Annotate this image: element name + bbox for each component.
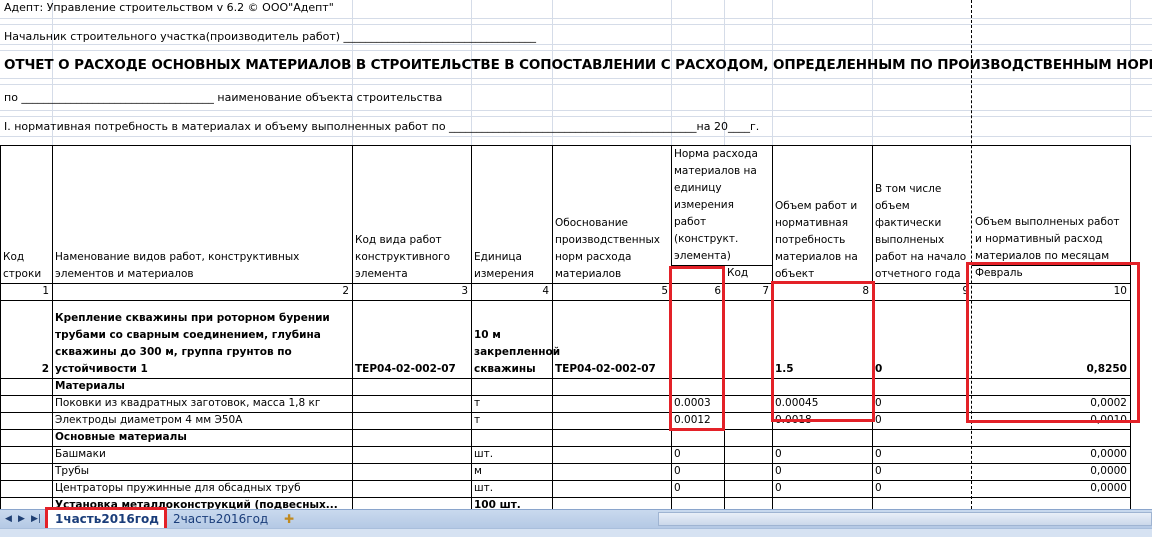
table-border: [0, 429, 1130, 430]
table-border: [0, 480, 1130, 481]
app-line: Адепт: Управление строительством v 6.2 ©…: [4, 1, 334, 15]
table-cell[interactable]: т: [474, 412, 549, 429]
first-sheet-icon[interactable]: ◀: [5, 514, 12, 524]
table-cell[interactable]: 0: [775, 463, 869, 480]
status-bar: [0, 528, 1152, 537]
table-cell[interactable]: 100 шт. сборных: [474, 497, 549, 509]
column-number[interactable]: 1: [3, 283, 49, 300]
table-border: [0, 497, 1130, 498]
gridline: [0, 18, 1152, 19]
table-cell[interactable]: 0: [775, 446, 869, 463]
column-number[interactable]: 7: [727, 283, 769, 300]
table-cell[interactable]: Поковки из квадратных заготовок, масса 1…: [55, 395, 349, 412]
column-header[interactable]: Наменование видов работ, конструктивных …: [55, 145, 349, 283]
table-cell[interactable]: Башмаки: [55, 446, 349, 463]
table-cell[interactable]: 0: [875, 446, 969, 463]
table-border: [972, 265, 1130, 266]
table-cell[interactable]: 0: [875, 480, 969, 497]
gridline: [0, 50, 1152, 51]
column-header[interactable]: В том числе объем фактически выполненых …: [875, 145, 969, 283]
column-number[interactable]: 8: [775, 283, 869, 300]
table-border: [772, 145, 773, 509]
table-cell[interactable]: Материалы: [55, 378, 349, 395]
table-cell[interactable]: 0: [875, 463, 969, 480]
table-cell[interactable]: шт.: [474, 446, 549, 463]
column-header[interactable]: Код вида работ конструктивного элемента: [355, 145, 468, 283]
table-border: [552, 145, 553, 509]
table-cell[interactable]: 0: [674, 463, 721, 480]
column-header[interactable]: Обоснование производственных норм расход…: [555, 145, 668, 283]
table-border: [671, 265, 772, 266]
table-border: [0, 412, 1130, 413]
table-cell[interactable]: Электроды диаметром 4 мм Э50А: [55, 412, 349, 429]
section-line: I. нормативная потребность в материалах …: [4, 120, 759, 134]
column-header[interactable]: Объем работ и нормативная потребность ма…: [775, 145, 869, 283]
table-cell[interactable]: т: [474, 395, 549, 412]
table-cell[interactable]: 0,8250: [975, 300, 1127, 378]
table-border: [352, 145, 353, 509]
table-cell[interactable]: 0: [775, 480, 869, 497]
report-title: ОТЧЕТ О РАСХОДЕ ОСНОВНЫХ МАТЕРИАЛОВ В СТ…: [4, 58, 1152, 72]
table-border: [471, 145, 472, 509]
table-cell[interactable]: 0,0010: [975, 412, 1127, 429]
column-number[interactable]: 6: [674, 283, 721, 300]
table-border: [0, 283, 1130, 284]
table-cell[interactable]: 1.5: [775, 300, 869, 378]
column-header[interactable]: Объем выполненых работ и нормативный рас…: [975, 145, 1127, 265]
sheet-tab-2[interactable]: 2часть2016год: [165, 510, 276, 528]
table-cell[interactable]: 0.0018: [775, 412, 869, 429]
column-number[interactable]: 4: [474, 283, 549, 300]
table-cell[interactable]: м: [474, 463, 549, 480]
table-cell[interactable]: 0.00045: [775, 395, 869, 412]
horizontal-scrollbar[interactable]: [658, 512, 1152, 526]
column-header[interactable]: Код строки: [3, 145, 49, 283]
chief-line: Начальник строительного участка(производ…: [4, 30, 536, 44]
table-border: [0, 395, 1130, 396]
sheet-tab-bar: ◀ ▶ ▶| 1часть2016год 2часть2016год ✚: [0, 509, 1152, 529]
table-border: [0, 446, 1130, 447]
gridline: [0, 84, 1152, 85]
table-border: [0, 145, 1130, 146]
table-cell[interactable]: 0,0002: [975, 395, 1127, 412]
column-header[interactable]: Норма расхода материалов на единицу изме…: [674, 145, 769, 265]
table-cell[interactable]: Крепление скважины при роторном бурении …: [55, 300, 349, 378]
table-cell[interactable]: 0,0000: [975, 463, 1127, 480]
table-border: [0, 378, 1130, 379]
table-border: [1130, 145, 1131, 509]
table-cell[interactable]: 0: [875, 300, 969, 378]
table-cell[interactable]: ТЕР04-02-002-07: [555, 300, 668, 378]
column-number[interactable]: 5: [555, 283, 668, 300]
table-cell[interactable]: Центраторы пружинные для обсадных труб: [55, 480, 349, 497]
last-sheet-icon[interactable]: ▶|: [31, 514, 41, 524]
table-cell[interactable]: 0,0000: [975, 446, 1127, 463]
column-number[interactable]: 9: [875, 283, 969, 300]
table-border: [0, 463, 1130, 464]
table-cell[interactable]: 0.0012: [674, 412, 721, 429]
next-sheet-icon[interactable]: ▶: [18, 514, 25, 524]
gridline: [0, 116, 1152, 117]
gridline: [0, 44, 1152, 45]
column-header[interactable]: Единица измерения: [474, 145, 549, 283]
column-number[interactable]: 3: [355, 283, 468, 300]
table-cell[interactable]: 10 м закрепленной скважины: [474, 300, 549, 378]
spreadsheet-grid[interactable]: Адепт: Управление строительством v 6.2 ©…: [0, 0, 1152, 509]
table-border: [671, 145, 672, 509]
object-line: по ___________________________________ н…: [4, 91, 442, 105]
table-cell[interactable]: Трубы: [55, 463, 349, 480]
sheet-tab-1[interactable]: 1часть2016год: [47, 510, 167, 528]
table-border: [872, 145, 873, 509]
column-subheader-month[interactable]: Февраль: [975, 265, 1127, 283]
gridline: [0, 136, 1152, 137]
table-cell[interactable]: 0,0000: [975, 480, 1127, 497]
gridline: [0, 78, 1152, 79]
column-subheader-kod[interactable]: Код: [727, 265, 769, 283]
column-number[interactable]: 10: [975, 283, 1127, 300]
table-cell[interactable]: 0: [674, 480, 721, 497]
table-cell[interactable]: 0: [875, 395, 969, 412]
table-border: [0, 145, 1, 509]
table-cell[interactable]: шт.: [474, 480, 549, 497]
table-border: [0, 300, 1130, 301]
table-border: [52, 145, 53, 509]
table-cell[interactable]: 0: [674, 446, 721, 463]
gridline: [0, 110, 1152, 111]
table-cell[interactable]: Основные материалы: [55, 429, 349, 446]
table-cell[interactable]: Установка металлоконструкций (подвесных.…: [55, 497, 349, 509]
table-cell[interactable]: ТЕР04-02-002-07: [355, 300, 468, 378]
table-cell[interactable]: 2: [3, 300, 49, 378]
page-break-line: [971, 0, 972, 509]
insert-sheet-icon[interactable]: ✚: [276, 510, 302, 528]
table-cell[interactable]: 0.0003: [674, 395, 721, 412]
column-number[interactable]: 2: [55, 283, 349, 300]
table-cell[interactable]: 0: [875, 412, 969, 429]
gridline: [0, 24, 1152, 25]
table-border: [724, 265, 725, 509]
